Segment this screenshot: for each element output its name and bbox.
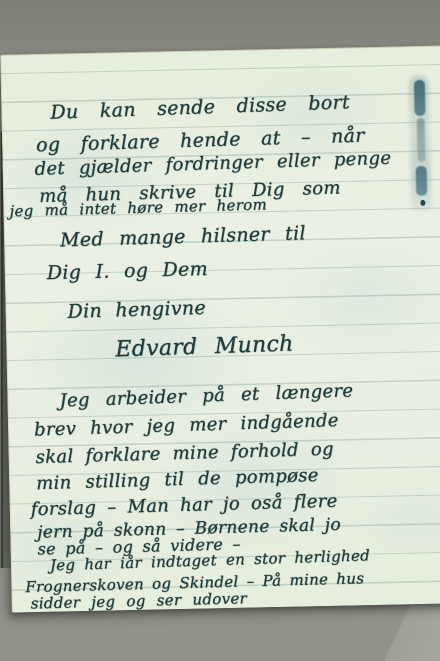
letter-line-11: brev hvor jeg mer indgående — [34, 410, 339, 441]
ink-smudge — [407, 76, 436, 217]
letter-paper: Du kan sende disse bort og forklare hend… — [0, 45, 440, 612]
letter-line-7-closing: Dig I. og Dem — [47, 258, 209, 284]
letter-line-13: min stilling til de pompøse — [36, 465, 319, 494]
ink-smudge-blob — [414, 80, 426, 116]
letter-line-1: Du kan sende disse bort — [50, 91, 350, 123]
letter-line-19: sidder jeg og ser udover — [30, 589, 247, 612]
letter-line-12: skal forklare mine forhold og — [35, 439, 334, 468]
letter-line-6-closing: Med mange hilsner til — [60, 222, 306, 251]
letter-line-10: Jeg arbeider på et længere — [59, 380, 354, 411]
ink-dot — [420, 200, 425, 206]
letter-line-8-valediction: Din hengivne — [67, 297, 206, 323]
ink-smudge-streak — [417, 118, 426, 162]
ink-smudge-blob — [416, 166, 428, 196]
signature-line: Edvard Munch — [115, 332, 294, 363]
letter-photograph: Du kan sende disse bort og forklare hend… — [0, 0, 440, 661]
